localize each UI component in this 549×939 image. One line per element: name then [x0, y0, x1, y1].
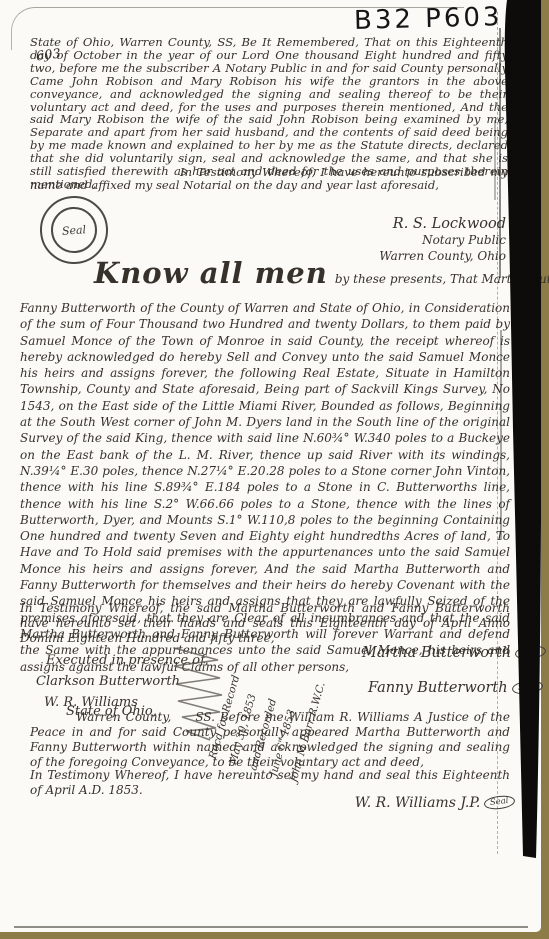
page-edge-bottom-line — [14, 926, 528, 928]
signature-seal-icon: Seal — [515, 645, 547, 662]
grantor-signature: Fanny Butterworth — [368, 680, 508, 696]
jp-signature: W. R. Williams J.P. — [355, 795, 481, 811]
signature-seal-icon: Seal — [484, 795, 516, 812]
notary-testimony-text: In Testimony Whereof, I have hereunto su… — [30, 166, 508, 192]
grantor-signature-row: Fanny ButterworthSeal — [368, 680, 542, 696]
grantor-signature: Martha Butterworth — [362, 645, 511, 661]
book-page-marker-label: B32 P603 — [354, 2, 503, 36]
record-page: 603 B32 P603 State of Ohio, Warren Count… — [0, 0, 541, 932]
jp-acknowledgment-text: Warren County,SS. Before me William R. W… — [30, 710, 510, 770]
grantor-signature-row: Martha ButterworthSeal — [362, 645, 546, 661]
jp-testimony-text: In Testimony Whereof, I have hereunto se… — [30, 768, 510, 798]
signature-seal-icon: Seal — [511, 680, 543, 697]
notary-seal-label: Seal — [49, 205, 98, 254]
deed-record-scan: 603 B32 P603 State of Ohio, Warren Count… — [0, 0, 549, 939]
deed-heading-ornate: Know all men — [94, 256, 328, 290]
notary-signature: R. S. Lockwood — [290, 216, 506, 232]
deed-heading-rest: by these presents, That Martha Butterwor… — [335, 272, 549, 286]
notary-title: Notary Public — [290, 232, 506, 248]
deed-heading: Know all men by these presents, That Mar… — [94, 256, 514, 290]
jp-county-line: Warren County, — [76, 710, 171, 724]
jp-signature-row: W. R. Williams J.P.Seal — [330, 795, 515, 811]
